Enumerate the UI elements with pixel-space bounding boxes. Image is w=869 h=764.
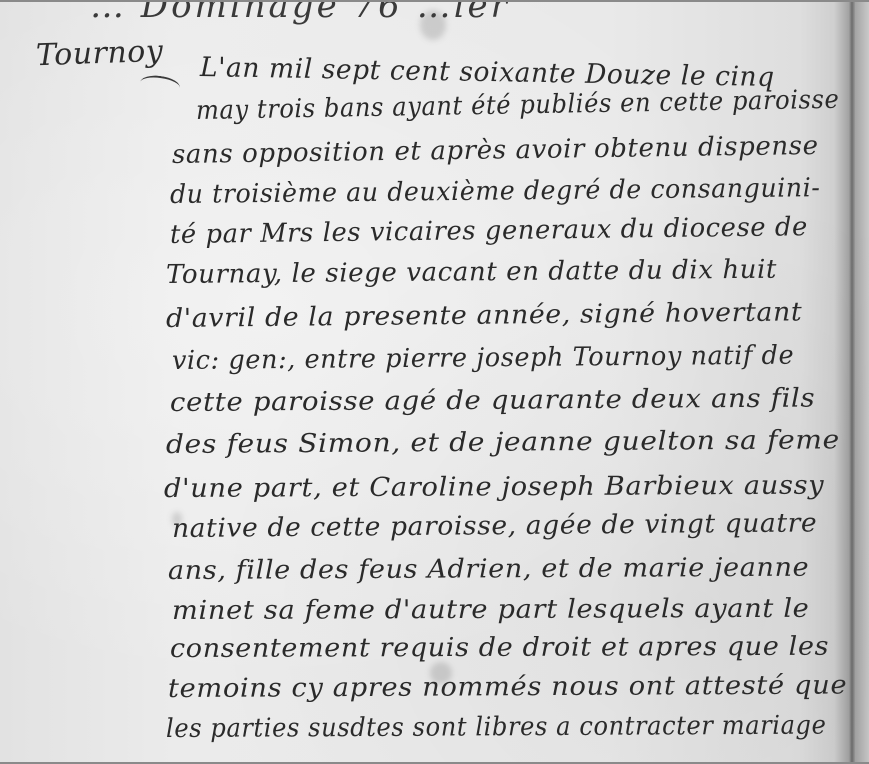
- record-line-11: d'une part, et Caroline joseph Barbieux …: [164, 471, 824, 504]
- record-line-16: temoins cy apres nommés nous ont attesté…: [168, 670, 847, 704]
- header-fragment: … Dominage 76 …ier: [90, 0, 510, 26]
- record-line-13: ans, fille des feus Adrien, et de marie …: [168, 553, 809, 586]
- record-line-5: té par Mrs les vicaires generaux du dioc…: [170, 212, 808, 250]
- record-line-10: des feus Simon, et de jeanne guelton sa …: [166, 425, 840, 460]
- record-line-3: sans opposition et après avoir obtenu di…: [172, 131, 819, 170]
- margin-surname: Tournoy: [35, 34, 163, 73]
- record-line-9: cette paroisse agé de quarante deux ans …: [170, 383, 815, 418]
- record-line-7: d'avril de la presente année, signé hove…: [166, 297, 803, 334]
- record-line-12: native de cette paroisse, agée de vingt …: [172, 508, 818, 544]
- record-line-14: minet sa feme d'autre part lesquels ayan…: [172, 594, 810, 626]
- record-line-6: Tournay, le siege vacant en datte du dix…: [166, 255, 777, 290]
- record-line-17: les parties susdtes sont libres a contra…: [166, 711, 827, 744]
- margin-flourish: [139, 73, 181, 96]
- record-line-8: vic: gen:, entre pierre joseph Tournoy n…: [172, 341, 794, 376]
- page-binding-edge: [849, 2, 855, 762]
- document-scan: … Dominage 76 …ier Tournoy L'an mil sept…: [0, 0, 869, 764]
- record-line-2: may trois bans ayant été publiés en cett…: [196, 85, 840, 126]
- record-line-15: consentement requis de droit et apres qu…: [170, 632, 829, 664]
- record-line-4: du troisième au deuxième degré de consan…: [170, 173, 821, 210]
